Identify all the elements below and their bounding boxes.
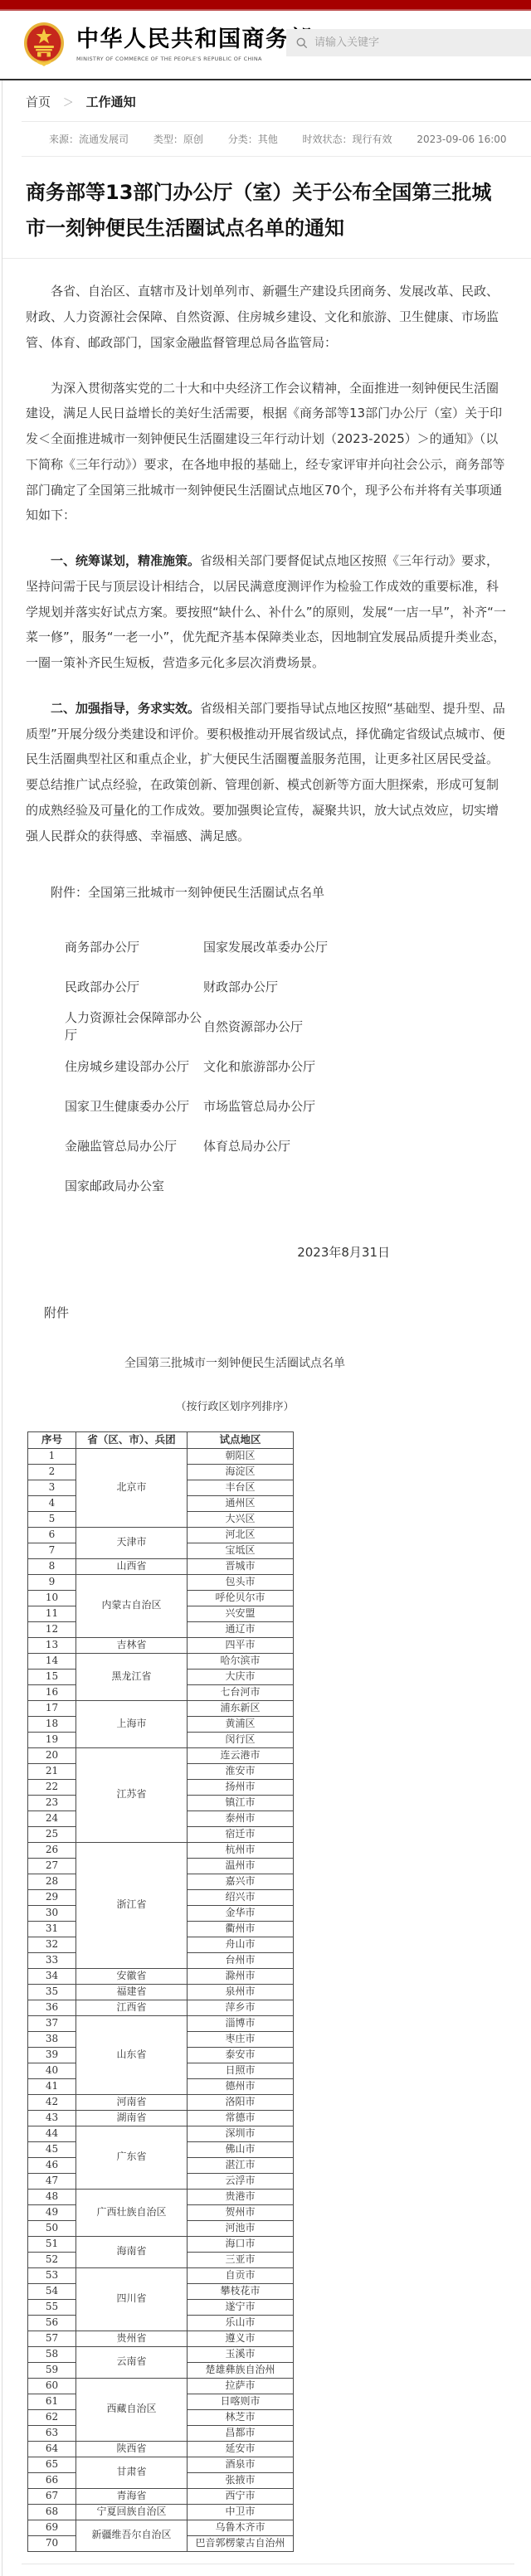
- area-cell: 宿迁市: [188, 1826, 294, 1842]
- row-index-cell: 58: [28, 2346, 76, 2362]
- row-index-cell: 61: [28, 2394, 76, 2409]
- row-index-cell: 11: [28, 1606, 76, 1621]
- row-index-cell: 17: [28, 1700, 76, 1716]
- area-cell: 自贡市: [188, 2267, 294, 2283]
- breadcrumb-home-link[interactable]: 首页: [26, 95, 51, 109]
- row-index-cell: 52: [28, 2252, 76, 2267]
- signatory-row: 住房城乡建设部办公厅文化和旅游部办公厅: [2, 1046, 531, 1086]
- area-cell: 朝阳区: [188, 1448, 294, 1464]
- area-cell: 哈尔滨市: [188, 1653, 294, 1669]
- row-index-cell: 47: [28, 2173, 76, 2189]
- site-header: 中华人民共和国商务部 MINISTRY OF COMMERCE OF THE P…: [0, 11, 531, 80]
- province-cell: 青海省: [76, 2488, 188, 2504]
- table-row: 35福建省泉州市: [28, 1984, 294, 2000]
- signatory-row: 金融监管总局办公厅体育总局办公厅: [2, 1125, 531, 1165]
- area-cell: 连云港市: [188, 1747, 294, 1763]
- area-cell: 拉萨市: [188, 2378, 294, 2394]
- row-index-cell: 19: [28, 1732, 76, 1747]
- signatory-left: 商务部办公厅: [65, 938, 203, 955]
- table-row: 67青海省西宁市: [28, 2488, 294, 2504]
- table-header-index: 序号: [28, 1432, 76, 1448]
- province-cell: 吉林省: [76, 1637, 188, 1653]
- signatory-row: 民政部办公厅财政部办公厅: [2, 966, 531, 1006]
- table-row: 17上海市浦东新区: [28, 1700, 294, 1716]
- row-index-cell: 46: [28, 2157, 76, 2173]
- row-index-cell: 3: [28, 1480, 76, 1495]
- province-cell: 黑龙江省: [76, 1653, 188, 1700]
- row-index-cell: 12: [28, 1621, 76, 1637]
- meta-datetime: 2023-09-06 16:00: [417, 134, 506, 145]
- row-index-cell: 38: [28, 2031, 76, 2047]
- table-row: 60西藏自治区拉萨市: [28, 2378, 294, 2394]
- site-logo[interactable]: 中华人民共和国商务部 MINISTRY OF COMMERCE OF THE P…: [23, 22, 313, 68]
- area-cell: 延安市: [188, 2441, 294, 2457]
- area-cell: 金华市: [188, 1905, 294, 1921]
- national-emblem-icon: [23, 22, 65, 68]
- row-index-cell: 20: [28, 1747, 76, 1763]
- area-cell: 三亚市: [188, 2252, 294, 2267]
- area-cell: 酒泉市: [188, 2457, 294, 2472]
- search-input[interactable]: [314, 36, 505, 49]
- row-index-cell: 56: [28, 2315, 76, 2331]
- province-cell: 四川省: [76, 2267, 188, 2331]
- appendix-subtitle: （按行政区划序列排序）: [2, 1397, 467, 1413]
- row-index-cell: 64: [28, 2441, 76, 2457]
- row-index-cell: 14: [28, 1653, 76, 1669]
- table-header-area: 试点地区: [188, 1432, 294, 1448]
- table-header-row: 序号 省（区、市）、兵团 试点地区: [28, 1432, 294, 1448]
- signatory-row: 国家邮政局办公室: [2, 1165, 531, 1205]
- row-index-cell: 28: [28, 1874, 76, 1889]
- main-content: 首页 ＞ 工作通知 来源：流通发展司 类型：原创 分类：其他 时效状态：现行有效…: [2, 80, 531, 2576]
- table-row: 1北京市朝阳区: [28, 1448, 294, 1464]
- section-2-paragraph: 二、加强指导，务求实效。省级相关部门要指导试点地区按照“基础型、提升型、品质型”…: [26, 696, 508, 849]
- table-row: 9内蒙古自治区包头市: [28, 1574, 294, 1590]
- meta-type: 类型：原创: [153, 134, 203, 145]
- row-index-cell: 1: [28, 1448, 76, 1464]
- site-name-english: MINISTRY OF COMMERCE OF THE PEOPLE'S REP…: [76, 56, 313, 62]
- row-index-cell: 68: [28, 2504, 76, 2520]
- province-cell: 贵州省: [76, 2331, 188, 2346]
- area-cell: 中卫市: [188, 2504, 294, 2520]
- area-cell: 大兴区: [188, 1511, 294, 1527]
- row-index-cell: 67: [28, 2488, 76, 2504]
- area-cell: 泉州市: [188, 1984, 294, 2000]
- area-cell: 泰州市: [188, 1810, 294, 1826]
- area-cell: 昌都市: [188, 2425, 294, 2441]
- province-cell: 西藏自治区: [76, 2378, 188, 2441]
- province-cell: 福建省: [76, 1984, 188, 2000]
- row-index-cell: 44: [28, 2126, 76, 2141]
- table-row: 57贵州省遵义市: [28, 2331, 294, 2346]
- row-index-cell: 37: [28, 2015, 76, 2031]
- salutation-paragraph: 各省、自治区、直辖市及计划单列市、新疆生产建设兵团商务、发展改革、民政、财政、人…: [26, 279, 508, 355]
- row-index-cell: 18: [28, 1716, 76, 1732]
- area-cell: 枣庄市: [188, 2031, 294, 2047]
- area-cell: 嘉兴市: [188, 1874, 294, 1889]
- area-cell: 遂宁市: [188, 2299, 294, 2315]
- table-row: 65甘肃省酒泉市: [28, 2457, 294, 2472]
- area-cell: 巴音郭楞蒙古自治州: [188, 2535, 294, 2551]
- breadcrumb: 首页 ＞ 工作通知: [22, 80, 531, 122]
- signatory-row: 人力资源社会保障部办公厅自然资源部办公厅: [2, 1006, 531, 1046]
- area-cell: 日喀则市: [188, 2394, 294, 2409]
- province-cell: 山东省: [76, 2015, 188, 2094]
- province-cell: 安徽省: [76, 1968, 188, 1984]
- area-cell: 闵行区: [188, 1732, 294, 1747]
- area-cell: 日照市: [188, 2063, 294, 2078]
- row-index-cell: 21: [28, 1763, 76, 1779]
- row-index-cell: 9: [28, 1574, 76, 1590]
- row-index-cell: 50: [28, 2220, 76, 2236]
- signatories: 商务部办公厅国家发展改革委办公厅民政部办公厅财政部办公厅人力资源社会保障部办公厅…: [2, 926, 531, 1205]
- table-row: 69新疆维吾尔自治区乌鲁木齐市: [28, 2520, 294, 2535]
- signatory-row: 国家卫生健康委办公厅市场监管总局办公厅: [2, 1086, 531, 1125]
- table-row: 14黑龙江省哈尔滨市: [28, 1653, 294, 1669]
- area-cell: 佛山市: [188, 2141, 294, 2157]
- row-index-cell: 32: [28, 1937, 76, 1952]
- row-index-cell: 34: [28, 1968, 76, 1984]
- breadcrumb-current[interactable]: 工作通知: [86, 95, 136, 109]
- area-cell: 洛阳市: [188, 2094, 294, 2110]
- signatory-left: 金融监管总局办公厅: [65, 1137, 203, 1154]
- row-index-cell: 5: [28, 1511, 76, 1527]
- section-1-text: 省级相关部门要督促试点地区按照《三年行动》要求，坚持问需于民与顶层设计相结合，以…: [26, 553, 506, 670]
- row-index-cell: 40: [28, 2063, 76, 2078]
- province-cell: 江西省: [76, 2000, 188, 2015]
- area-cell: 衢州市: [188, 1921, 294, 1937]
- table-row: 8山西省晋城市: [28, 1558, 294, 1574]
- province-cell: 山西省: [76, 1558, 188, 1574]
- top-red-bar: [0, 0, 531, 11]
- signatory-right: 体育总局办公厅: [203, 1137, 531, 1154]
- row-index-cell: 33: [28, 1952, 76, 1968]
- province-cell: 云南省: [76, 2346, 188, 2378]
- area-cell: 淮安市: [188, 1763, 294, 1779]
- area-cell: 通州区: [188, 1495, 294, 1511]
- table-row: 43湖南省常德市: [28, 2110, 294, 2126]
- area-cell: 晋城市: [188, 1558, 294, 1574]
- area-cell: 舟山市: [188, 1937, 294, 1952]
- signatory-row: 商务部办公厅国家发展改革委办公厅: [2, 926, 531, 966]
- row-index-cell: 51: [28, 2236, 76, 2252]
- section-2-lead: 二、加强指导，务求实效。: [51, 701, 200, 716]
- section-1-lead: 一、统筹谋划，精准施策。: [51, 553, 200, 568]
- area-cell: 攀枝花市: [188, 2283, 294, 2299]
- signatory-right: 文化和旅游部办公厅: [203, 1057, 531, 1075]
- row-index-cell: 8: [28, 1558, 76, 1574]
- row-index-cell: 66: [28, 2472, 76, 2488]
- row-index-cell: 27: [28, 1858, 76, 1874]
- province-cell: 广东省: [76, 2126, 188, 2189]
- area-cell: 台州市: [188, 1952, 294, 1968]
- row-index-cell: 65: [28, 2457, 76, 2472]
- province-cell: 河南省: [76, 2094, 188, 2110]
- area-cell: 四平市: [188, 1637, 294, 1653]
- row-index-cell: 29: [28, 1889, 76, 1905]
- area-cell: 扬州市: [188, 1779, 294, 1795]
- appendix-label: 附件: [44, 1304, 531, 1321]
- row-index-cell: 62: [28, 2409, 76, 2425]
- signatory-left: 国家卫生健康委办公厅: [65, 1097, 203, 1115]
- attachment-link[interactable]: 附件：全国第三批城市一刻钟便民生活圈试点名单: [26, 880, 508, 905]
- row-index-cell: 41: [28, 2078, 76, 2094]
- table-row: 37山东省淄博市: [28, 2015, 294, 2031]
- table-row: 64陕西省延安市: [28, 2441, 294, 2457]
- meta-source: 来源：流通发展司: [49, 134, 129, 145]
- intro-paragraph: 为深入贯彻落实党的二十大和中央经济工作会议精神，全面推进一刻钟便民生活圈建设，满…: [26, 376, 508, 529]
- area-cell: 包头市: [188, 1574, 294, 1590]
- area-cell: 湛江市: [188, 2157, 294, 2173]
- area-cell: 镇江市: [188, 1795, 294, 1810]
- province-cell: 广西壮族自治区: [76, 2189, 188, 2236]
- area-cell: 滁州市: [188, 1968, 294, 1984]
- area-cell: 萍乡市: [188, 2000, 294, 2015]
- row-index-cell: 7: [28, 1543, 76, 1558]
- row-index-cell: 39: [28, 2047, 76, 2063]
- signatory-right: 市场监管总局办公厅: [203, 1097, 531, 1115]
- site-name: 中华人民共和国商务部: [76, 27, 313, 52]
- area-cell: 玉溪市: [188, 2346, 294, 2362]
- area-cell: 楚雄彝族自治州: [188, 2362, 294, 2378]
- search-box[interactable]: [286, 29, 531, 56]
- province-cell: 海南省: [76, 2236, 188, 2267]
- row-index-cell: 45: [28, 2141, 76, 2157]
- province-cell: 浙江省: [76, 1842, 188, 1968]
- area-cell: 海口市: [188, 2236, 294, 2252]
- row-index-cell: 25: [28, 1826, 76, 1842]
- appendix-table-body: 1北京市朝阳区2海淀区3丰台区4通州区5大兴区6天津市河北区7宝坻区8山西省晋城…: [28, 1448, 294, 2551]
- area-cell: 杭州市: [188, 1842, 294, 1858]
- signatory-right: 财政部办公厅: [203, 978, 531, 995]
- area-cell: 乌鲁木齐市: [188, 2520, 294, 2535]
- row-index-cell: 36: [28, 2000, 76, 2015]
- area-cell: 呼伦贝尔市: [188, 1590, 294, 1606]
- area-cell: 贺州市: [188, 2204, 294, 2220]
- row-index-cell: 60: [28, 2378, 76, 2394]
- table-row: 68宁夏回族自治区中卫市: [28, 2504, 294, 2520]
- row-index-cell: 22: [28, 1779, 76, 1795]
- row-index-cell: 10: [28, 1590, 76, 1606]
- site-title-block: 中华人民共和国商务部 MINISTRY OF COMMERCE OF THE P…: [76, 27, 313, 63]
- area-cell: 泰安市: [188, 2047, 294, 2063]
- row-index-cell: 57: [28, 2331, 76, 2346]
- table-row: 34安徽省滁州市: [28, 1968, 294, 1984]
- province-cell: 北京市: [76, 1448, 188, 1527]
- meta-category: 分类：其他: [228, 134, 278, 145]
- area-cell: 张掖市: [188, 2472, 294, 2488]
- province-cell: 江苏省: [76, 1747, 188, 1842]
- signatory-left: 国家邮政局办公室: [65, 1177, 203, 1194]
- signatory-left: 民政部办公厅: [65, 978, 203, 995]
- row-index-cell: 59: [28, 2362, 76, 2378]
- table-row: 53四川省自贡市: [28, 2267, 294, 2283]
- row-index-cell: 70: [28, 2535, 76, 2551]
- province-cell: 上海市: [76, 1700, 188, 1747]
- table-row: 6天津市河北区: [28, 1527, 294, 1543]
- document-date: 2023年8月31日: [2, 1243, 531, 1261]
- area-cell: 深圳市: [188, 2126, 294, 2141]
- section-1-paragraph: 一、统筹谋划，精准施策。省级相关部门要督促试点地区按照《三年行动》要求，坚持问需…: [26, 548, 508, 676]
- table-row: 13吉林省四平市: [28, 1637, 294, 1653]
- province-cell: 宁夏回族自治区: [76, 2504, 188, 2520]
- row-index-cell: 24: [28, 1810, 76, 1826]
- area-cell: 西宁市: [188, 2488, 294, 2504]
- row-index-cell: 15: [28, 1669, 76, 1684]
- table-row: 51海南省海口市: [28, 2236, 294, 2252]
- area-cell: 丰台区: [188, 1480, 294, 1495]
- table-row: 42河南省洛阳市: [28, 2094, 294, 2110]
- row-index-cell: 42: [28, 2094, 76, 2110]
- table-row: 26浙江省杭州市: [28, 1842, 294, 1858]
- row-index-cell: 48: [28, 2189, 76, 2204]
- table-row: 36江西省萍乡市: [28, 2000, 294, 2015]
- page-title: 商务部等13部门办公厅（室）关于公布全国第三批城市一刻钟便民生活圈试点名单的通知: [2, 157, 531, 259]
- row-index-cell: 23: [28, 1795, 76, 1810]
- area-cell: 兴安盟: [188, 1606, 294, 1621]
- row-index-cell: 26: [28, 1842, 76, 1858]
- signatory-left: 住房城乡建设部办公厅: [65, 1057, 203, 1075]
- area-cell: 河池市: [188, 2220, 294, 2236]
- row-index-cell: 54: [28, 2283, 76, 2299]
- row-index-cell: 2: [28, 1464, 76, 1480]
- area-cell: 遵义市: [188, 2331, 294, 2346]
- table-row: 44广东省深圳市: [28, 2126, 294, 2141]
- table-row: 58云南省玉溪市: [28, 2346, 294, 2362]
- province-cell: 新疆维吾尔自治区: [76, 2520, 188, 2551]
- appendix-title: 全国第三批城市一刻钟便民生活圈试点名单: [2, 1354, 467, 1371]
- area-cell: 七台河市: [188, 1684, 294, 1700]
- appendix-table: 序号 省（区、市）、兵团 试点地区 1北京市朝阳区2海淀区3丰台区4通州区5大兴…: [27, 1431, 294, 2551]
- signatory-left: 人力资源社会保障部办公厅: [65, 1009, 203, 1043]
- section-2-text: 省级相关部门要指导试点地区按照“基础型、提升型、品质型”开展分级分类建设和评价。…: [26, 701, 505, 843]
- area-cell: 淄博市: [188, 2015, 294, 2031]
- area-cell: 温州市: [188, 1858, 294, 1874]
- table-row: 48广西壮族自治区贵港市: [28, 2189, 294, 2204]
- province-cell: 内蒙古自治区: [76, 1574, 188, 1637]
- row-index-cell: 6: [28, 1527, 76, 1543]
- signatory-right: 自然资源部办公厅: [203, 1018, 531, 1035]
- row-index-cell: 69: [28, 2520, 76, 2535]
- meta-status: 时效状态：现行有效: [303, 134, 392, 145]
- area-cell: 通辽市: [188, 1621, 294, 1637]
- area-cell: 林芝市: [188, 2409, 294, 2425]
- area-cell: 绍兴市: [188, 1889, 294, 1905]
- row-index-cell: 16: [28, 1684, 76, 1700]
- area-cell: 黄浦区: [188, 1716, 294, 1732]
- area-cell: 乐山市: [188, 2315, 294, 2331]
- breadcrumb-separator: ＞: [63, 97, 74, 109]
- area-cell: 贵港市: [188, 2189, 294, 2204]
- magnifier-icon: [296, 37, 308, 49]
- table-row: 20江苏省连云港市: [28, 1747, 294, 1763]
- row-index-cell: 35: [28, 1984, 76, 2000]
- province-cell: 甘肃省: [76, 2457, 188, 2488]
- area-cell: 海淀区: [188, 1464, 294, 1480]
- row-index-cell: 13: [28, 1637, 76, 1653]
- area-cell: 德州市: [188, 2078, 294, 2094]
- province-cell: 陕西省: [76, 2441, 188, 2457]
- table-header-province: 省（区、市）、兵团: [76, 1432, 188, 1448]
- row-index-cell: 49: [28, 2204, 76, 2220]
- row-index-cell: 31: [28, 1921, 76, 1937]
- province-cell: 湖南省: [76, 2110, 188, 2126]
- row-index-cell: 43: [28, 2110, 76, 2126]
- article-meta: 来源：流通发展司 类型：原创 分类：其他 时效状态：现行有效 2023-09-0…: [22, 122, 531, 157]
- row-index-cell: 4: [28, 1495, 76, 1511]
- area-cell: 河北区: [188, 1527, 294, 1543]
- row-index-cell: 55: [28, 2299, 76, 2315]
- signatory-right: 国家发展改革委办公厅: [203, 938, 531, 955]
- area-cell: 宝坻区: [188, 1543, 294, 1558]
- row-index-cell: 53: [28, 2267, 76, 2283]
- area-cell: 浦东新区: [188, 1700, 294, 1716]
- row-index-cell: 30: [28, 1905, 76, 1921]
- row-index-cell: 63: [28, 2425, 76, 2441]
- area-cell: 大庆市: [188, 1669, 294, 1684]
- area-cell: 云浮市: [188, 2173, 294, 2189]
- area-cell: 常德市: [188, 2110, 294, 2126]
- province-cell: 天津市: [76, 1527, 188, 1558]
